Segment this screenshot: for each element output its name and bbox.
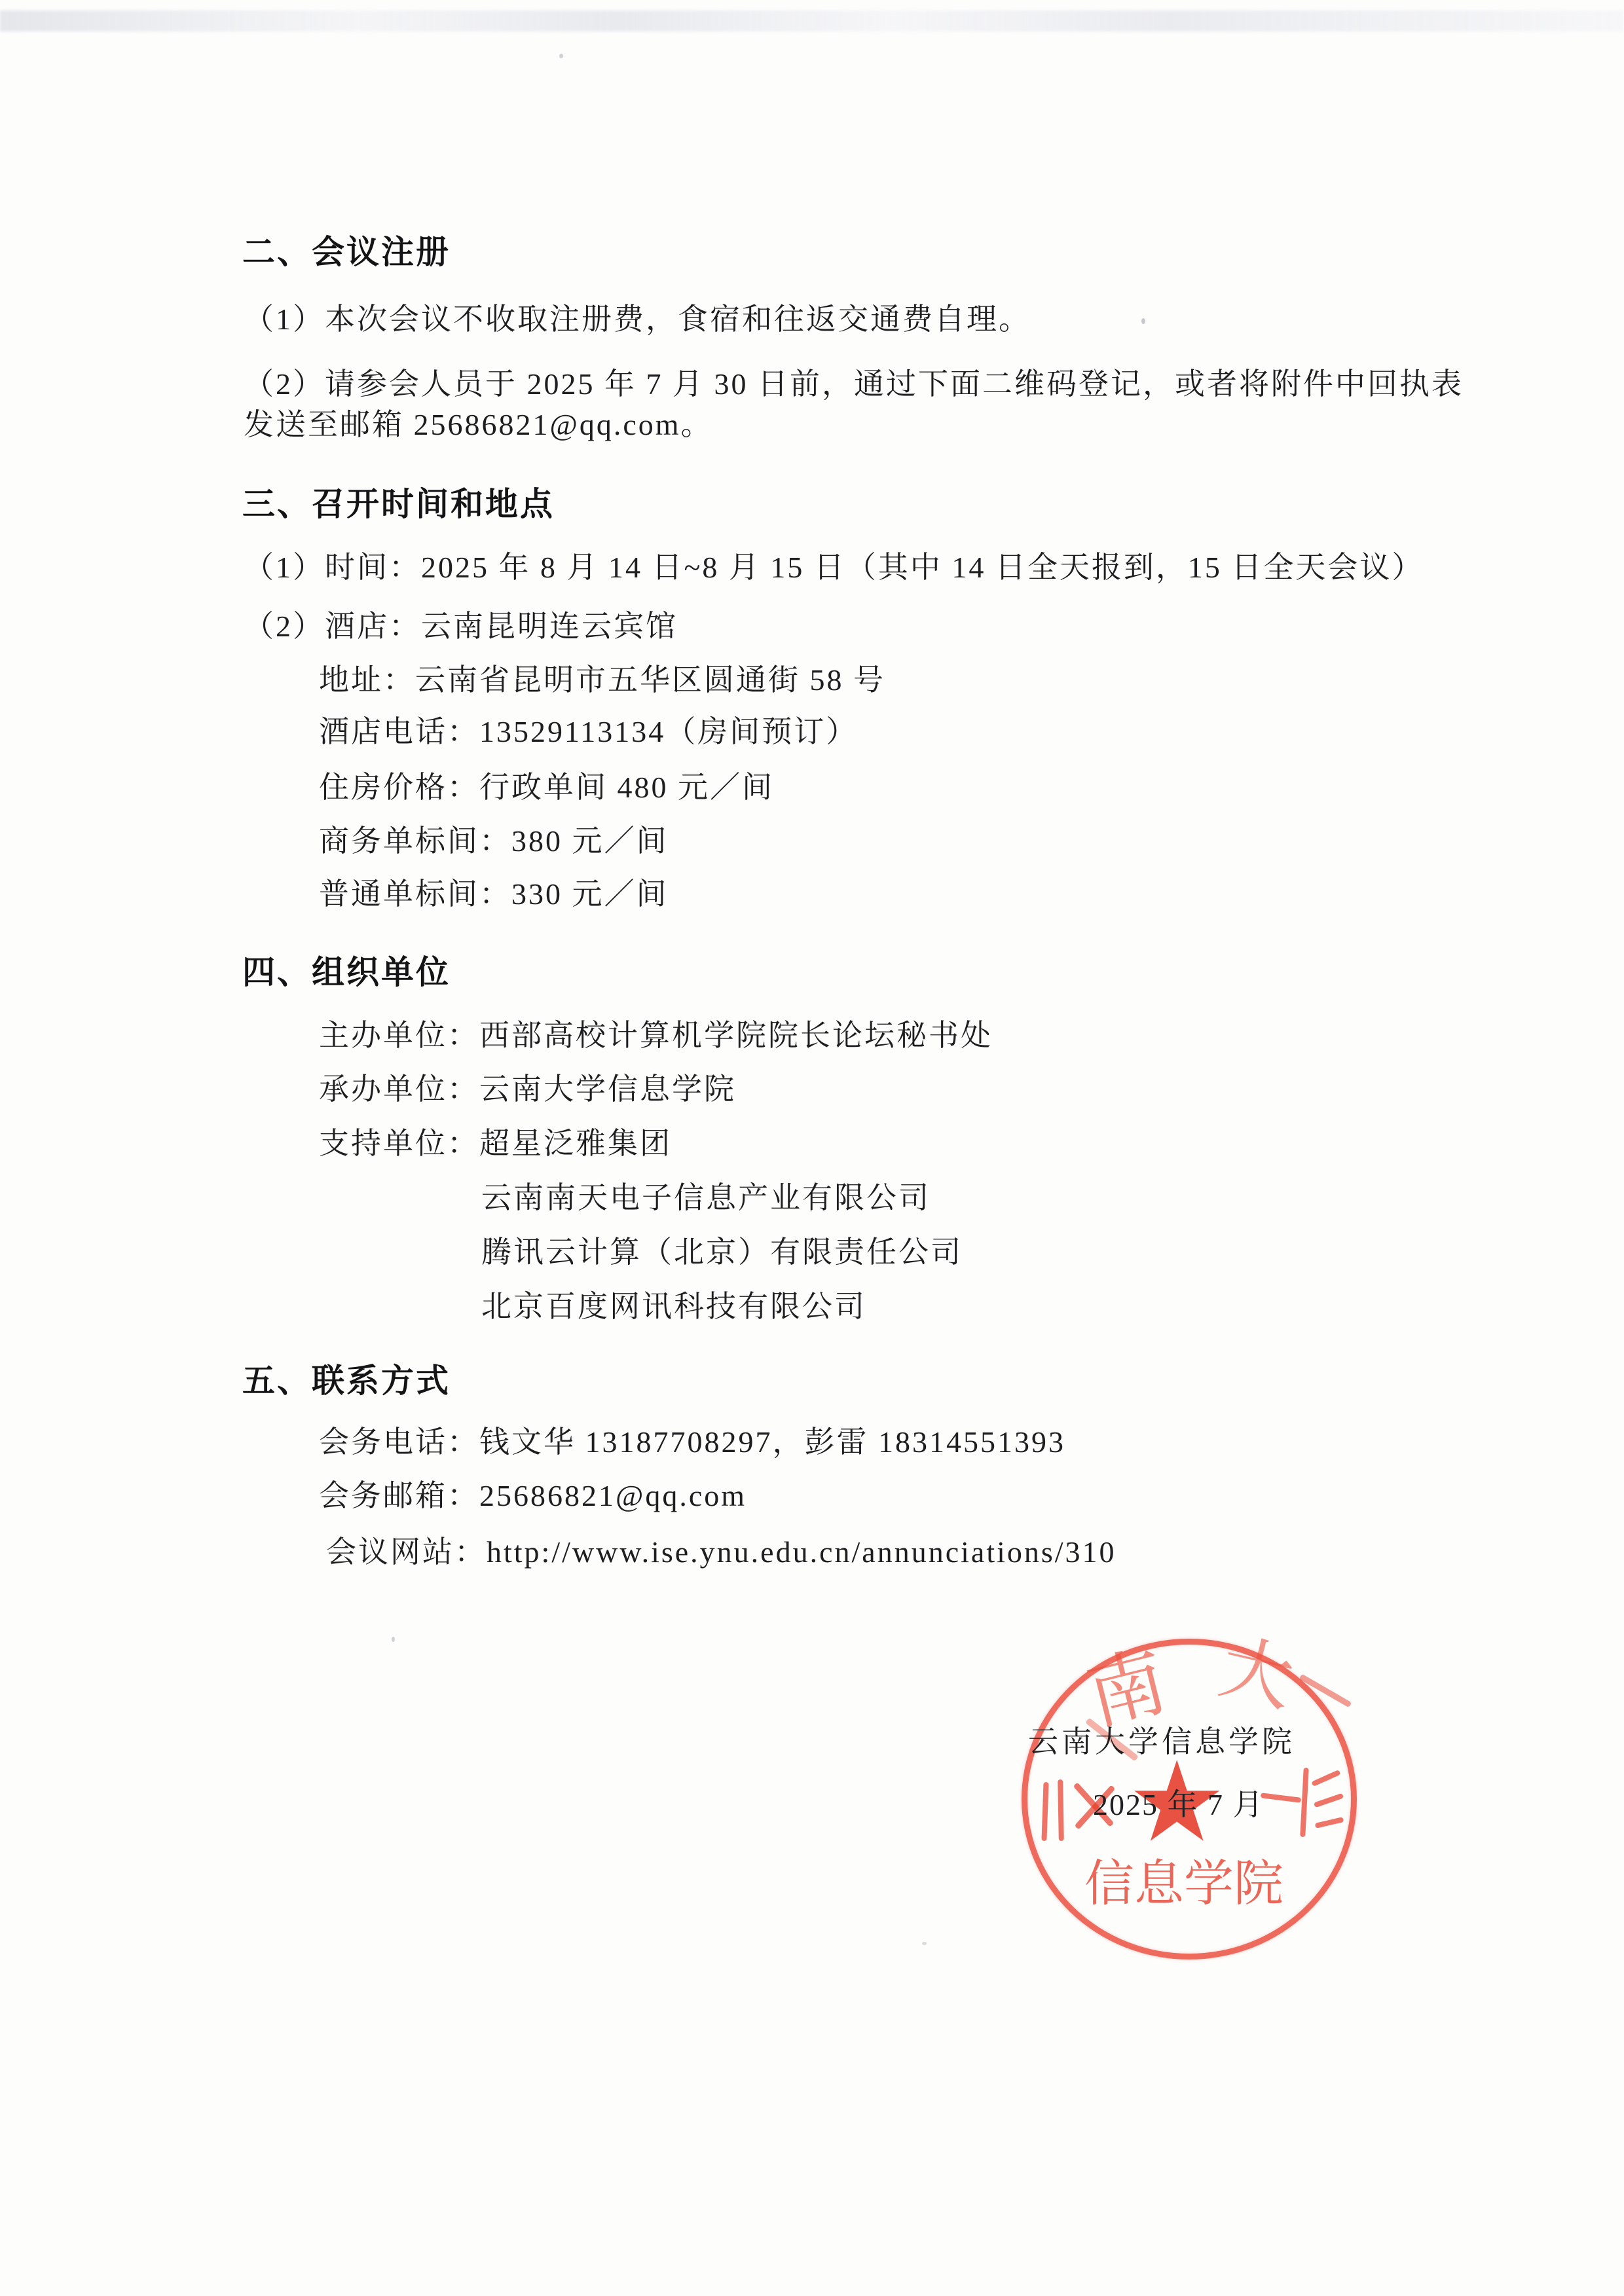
section4-host-line: 主办单位：西部高校计算机学院院长论坛秘书处 [319,1019,993,1053]
section3-time-line: （1）时间：2025 年 8 月 14 日~8 月 15 日（其中 14 日全天… [244,551,1424,585]
section5-heading: 五、联系方式 [242,1363,451,1399]
section3-heading: 三、召开时间和地点 [242,486,555,522]
section3-price-executive-line: 住房价格：行政单间 480 元／间 [319,771,774,805]
scan-speck [392,1637,395,1642]
section5-website-line: 会议网站：http://www.ise.ynu.edu.cn/annunciat… [326,1535,1116,1570]
section3-price-business-line: 商务单标间：380 元／间 [319,824,669,859]
section4-support3-line: 腾讯云计算（北京）有限责任公司 [481,1235,963,1270]
section2-para1: （1）本次会议不收取注册费，食宿和往返交通费自理。 [244,302,1031,337]
section4-organizer-line: 承办单位：云南大学信息学院 [319,1072,736,1107]
section3-hotel-phone-line: 酒店电话：13529113134（房间预订） [319,715,858,750]
document-page: 二、会议注册 （1）本次会议不收取注册费，食宿和往返交通费自理。 （2）请参会人… [0,0,1624,2296]
scan-speck [559,54,563,58]
scan-speck [922,1942,927,1945]
stamp-overlay-date: 2025 年 7 月 [1093,1789,1264,1822]
section4-support2-line: 云南南天电子信息产业有限公司 [481,1181,931,1216]
section3-price-standard-line: 普通单标间：330 元／间 [319,877,669,912]
seal-decoration [1058,1779,1064,1841]
section5-phone-line: 会务电话：钱文华 13187708297，彭雷 18314551393 [319,1425,1065,1460]
section2-para2-line2: 发送至邮箱 25686821@qq.com。 [244,408,713,443]
section2-para2-line1: （2）请参会人员于 2025 年 7 月 30 日前，通过下面二维码登记，或者将… [244,367,1464,402]
seal-bottom-text: 信息学院 [1084,1859,1283,1909]
section3-address-line: 地址：云南省昆明市五华区圆通街 58 号 [319,663,885,698]
scan-artifact-band [0,10,1624,31]
stamp-overlay-org-name: 云南大学信息学院 [1028,1726,1295,1759]
section2-heading: 二、会议注册 [242,234,451,270]
section4-support1-line: 支持单位：超星泛雅集团 [319,1127,672,1161]
section5-email-line: 会务邮箱：25686821@qq.com [319,1479,747,1514]
scan-speck [1141,318,1145,324]
section3-hotel-line: （2）酒店：云南昆明连云宾馆 [244,610,678,644]
section4-support4-line: 北京百度网讯科技有限公司 [481,1290,866,1324]
section4-heading: 四、组织单位 [242,955,451,991]
